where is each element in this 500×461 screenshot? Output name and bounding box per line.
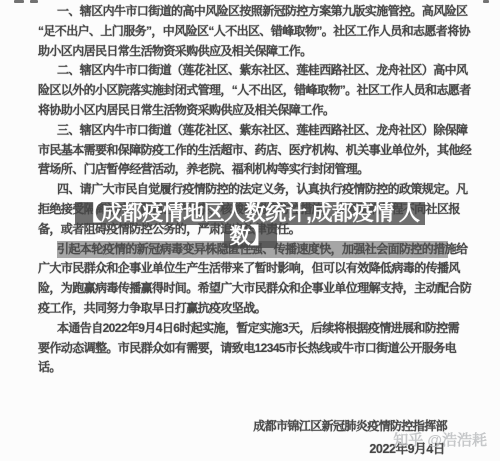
- document-page: 一、辖区内牛市口街道的高中风险区按照新冠防控方案第九版实施管控。高风险区 “足不…: [0, 0, 500, 461]
- cut-text-fragment: [14, 0, 24, 3]
- doc-line: 险区以外的小区院落实施封闭式管理，“人不出区，错峰取物”。社区工作人员和志愿者: [38, 81, 478, 101]
- doc-line: 本通告自2022年9月4日6时起实施，暂定实施3天，后续将根据疫情进展和防控需: [38, 319, 478, 339]
- doc-line: 一、辖区内牛市口街道的高中风险区按照新冠防控方案第九版实施管控。高风险区: [38, 2, 478, 22]
- doc-line: 要作动态调整。市民群众如有需要，请致电12345市长热线或牛市口街道公开服务电: [38, 339, 478, 359]
- doc-line: “足不出户、上门服务”，中风险区“人不出区、错峰取物”。社区工作人员和志愿者将协: [38, 22, 478, 42]
- doc-line: 广大市民群众和企事业单位生产生活带来了暂时影响，但可以有效降低病毒的传播风: [38, 259, 478, 279]
- doc-line: 三、辖区内牛市口街道（莲花社区、紫东社区、莲桂西路社区、龙舟社区）除保障: [38, 121, 478, 141]
- notice-body: 一、辖区内牛市口街道的高中风险区按照新冠防控方案第九版实施管控。高风险区 “足不…: [38, 2, 478, 378]
- cut-text-fragment: [483, 0, 489, 3]
- doc-line: 营场所、门店暂停经营活动，养老院、福利机构等实行封闭管理。: [38, 160, 478, 180]
- overlay-title: 【成都疫情地区人数统计,成都疫情 人 数】: [75, 202, 426, 248]
- doc-line: 疫工作，共同努力争取早日打赢抗疫攻坚战。: [38, 299, 478, 319]
- doc-line: 二、辖区内牛市口街道（莲花社区、紫东社区、莲桂西路社区、龙舟社区）高中风: [38, 61, 478, 81]
- doc-line: 将协助小区内居民日常生活物资采购供应及相关保障工作。: [38, 101, 478, 121]
- doc-line: 市民基本需要和保障防疫工作的生活超市、药店、医疗机构、机关事业单位外，其他经: [38, 141, 478, 161]
- cut-text-fragment: [30, 0, 38, 3]
- zhihu-watermark: 知乎 @浩浩耗: [393, 429, 487, 450]
- doc-line: 话。: [38, 358, 478, 378]
- doc-line: 助小区内居民日常生活物资采购供应及相关保障工作。: [38, 42, 478, 62]
- overlay-title-banner: 【成都疫情地区人数统计,成都疫情 人 数】: [62, 202, 438, 248]
- doc-line: 四、请广大市民自觉履行疫情防控的法定义务，认真执行疫情防控的政策规定。凡: [38, 180, 478, 200]
- doc-line: 险，为跑赢病毒传播赢得时间。希望广大市民群众和企事业单位理解支持，主动配合防: [38, 279, 478, 299]
